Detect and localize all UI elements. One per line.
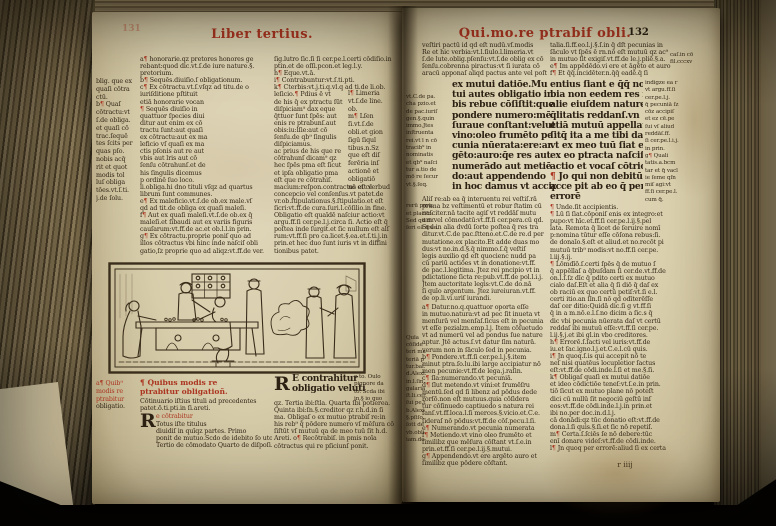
division-paragraph: Totus iſte titulusdiuidiſ in quīqz parte…: [156, 421, 272, 449]
right-col1-gloss-mid: Aliſ re:ab ea q̄ interuentu rei veſtiſ.r…: [422, 196, 554, 302]
left-margin-chapter-note-black: obligatio.: [96, 403, 140, 411]
chapter-heading-red: ¶ Quibus modis reptrabitur obligatioñ.: [140, 378, 272, 396]
quire-signature-mark: r iiij: [550, 460, 700, 469]
right-col2-institutes-text: entius ſiant e q̄q̄ nobia non eedem res …: [550, 80, 643, 202]
left-margin-chapter-note-red: a¶ Quib⁹modis reptrabitur: [96, 380, 140, 403]
left-column-1-commentary: a¶ honorarie.qz pretores honores gereban…: [140, 56, 272, 255]
initial-letter-R: R: [274, 376, 290, 393]
right-col1-institutes-text: ex mutui datiōe.Mutui autes obligatio in…: [452, 80, 556, 192]
right-col1-gloss-entries: a¶ Datur.no.q.quattuor oporta eſſein mut…: [422, 304, 554, 467]
left-running-title: Liber tertius.: [122, 27, 402, 42]
red-inline-note: e cōtrabitur: [156, 413, 272, 420]
right-col1-gloss-top: veſtiri pactū id qd eſt nudū.vſ.modisRe …: [422, 42, 552, 77]
folio-number: 132: [628, 27, 649, 38]
left-page: 131 Liber tertius. blig. que exquaſi cōt…: [92, 12, 402, 504]
chapter-continuation-note: Cōtinuario iſtius tituli ad precedentesp…: [140, 398, 272, 412]
right-col2-gloss-top: talia.ſi.ff.eo.l.j.§.ſ.in q̄ dſt pecunia…: [550, 42, 700, 77]
right-col2-gloss-bottom: ¶ Unde.ſit accipientis.¶ Lū ſi ſiat.cōpo…: [550, 204, 700, 452]
woodcut-illustration: [108, 262, 366, 374]
gutter-shadow: [388, 6, 418, 504]
right-page: Qui.mo.re ptrabif obli. 132 caſ.in cōfil…: [402, 8, 720, 502]
money-changers-table-scene-icon: [108, 262, 366, 374]
background-bottom: [0, 505, 776, 526]
red-initial-letter: R: [140, 413, 156, 430]
right-col2-side-notes: indigze ea rvt argu.ff.ſicer.pe.l.j.q̄ p…: [645, 80, 700, 204]
left-outer-margin-notes: blig. que exquaſi cōtractū.b¶ Quaſcōtrac…: [96, 78, 140, 203]
gloss-after-incipit: qz. Tertia ibi:ſtla. Quarta ſbi potierea…: [274, 400, 400, 450]
book-photo-scene: 131 Liber tertius. blig. que exquaſi cōt…: [0, 0, 776, 526]
book-fore-edge-stack: [714, 0, 776, 526]
